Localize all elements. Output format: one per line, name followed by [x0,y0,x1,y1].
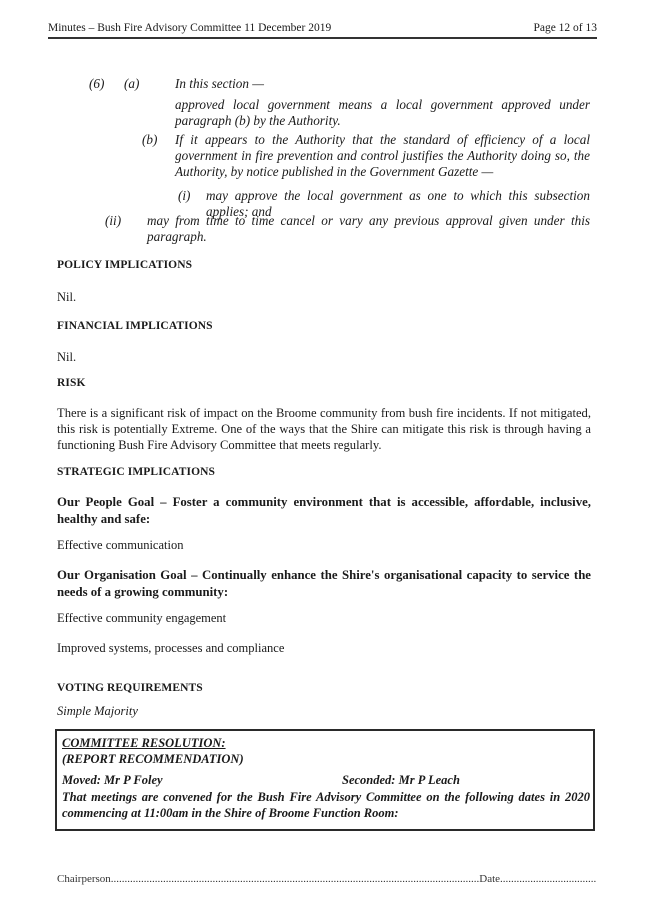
resolution-subtitle: (REPORT RECOMMENDATION) [62,752,244,767]
policy-heading: POLICY IMPLICATIONS [57,259,192,271]
people-goal-item: Effective communication [57,538,183,553]
organisation-goal-item: Improved systems, processes and complian… [57,641,284,656]
para-a-label: (a) [124,76,139,92]
organisation-goal: Our Organisation Goal – Continually enha… [57,567,591,601]
subsection-label: (6) [89,76,104,92]
header-divider [48,37,597,39]
risk-body: There is a significant risk of impact on… [57,405,591,453]
people-goal: Our People Goal – Foster a community env… [57,494,591,528]
para-a-definition: approved local government means a local … [175,97,590,129]
item-i-label: (i) [178,188,190,204]
item-ii-text: may from time to time cancel or vary any… [147,213,590,245]
voting-body: Simple Majority [57,704,138,719]
resolution-text: That meetings are convened for the Bush … [62,789,590,821]
financial-body: Nil. [57,350,76,365]
seconded-by: Seconded: Mr P Leach [342,773,460,788]
moved-by: Moved: Mr P Foley [62,773,163,788]
page-number: Page 12 of 13 [533,22,597,34]
voting-heading: VOTING REQUIREMENTS [57,682,203,694]
financial-heading: FINANCIAL IMPLICATIONS [57,320,213,332]
document-title: Minutes – Bush Fire Advisory Committee 1… [48,22,331,34]
policy-body: Nil. [57,290,76,305]
para-b-label: (b) [142,132,157,148]
resolution-title: COMMITTEE RESOLUTION: [62,736,226,751]
risk-heading: RISK [57,377,86,389]
para-a-intro: In this section — [175,76,264,92]
organisation-goal-item: Effective community engagement [57,611,226,626]
para-b-text: If it appears to the Authority that the … [175,132,590,180]
signature-line: Chairperson.............................… [57,873,596,885]
item-ii-label: (ii) [105,213,121,229]
strategic-heading: STRATEGIC IMPLICATIONS [57,466,215,478]
